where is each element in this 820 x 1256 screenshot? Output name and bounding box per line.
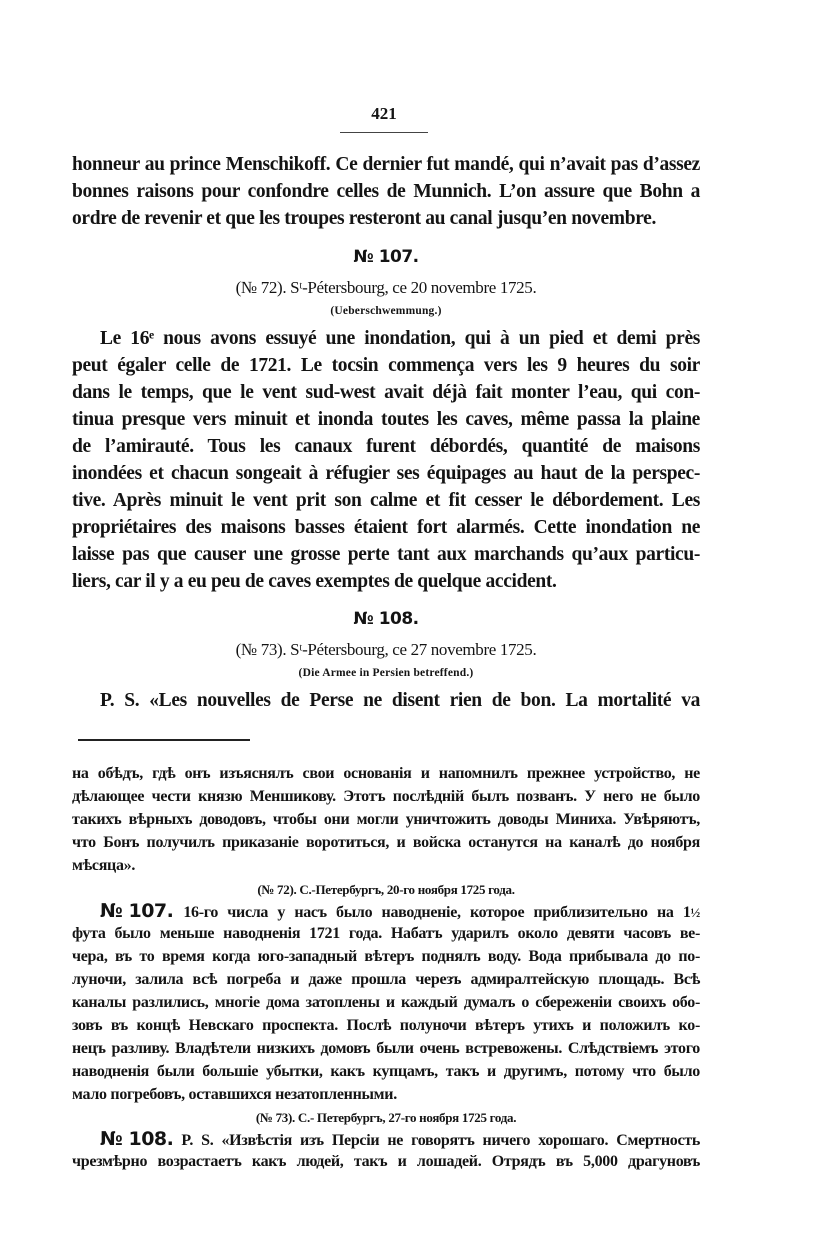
- footnote-line: луночи, залила всѣ погреба и даже прошла…: [72, 971, 700, 989]
- footnote-line: такихъ вѣрныхъ доводовъ, чтобы они могли…: [72, 811, 700, 829]
- footnote-line: № 108. P. S. «Извѣстія изъ Персіи не гов…: [72, 1128, 700, 1150]
- page-number-rule: [340, 132, 428, 133]
- footnote-separator: [78, 739, 250, 741]
- text-line: honneur au prince Menschikoff. Ce dernie…: [72, 154, 700, 176]
- dateline-107: (№ 72). Sᵗ-Pétersbourg, ce 20 novembre 1…: [72, 278, 700, 298]
- footnote-text: 16-го числа у насъ было наводненіе, кото…: [183, 904, 690, 922]
- subject-107: (Ueberschwemmung.): [72, 305, 700, 317]
- footnote-number-108: № 108.: [100, 1128, 173, 1150]
- document-heading-107: № 107.: [72, 247, 700, 267]
- footnote-number-107: № 107.: [100, 900, 173, 922]
- text-line: Le 16ᵉ nous avons essuyé une inondation,…: [72, 328, 700, 350]
- footnote-line: чера, въ то время когда юго-западный вѣт…: [72, 948, 700, 966]
- footnote-line: № 107. 16-го числа у насъ было наводнені…: [72, 900, 700, 922]
- page-number: 421: [340, 104, 428, 124]
- footnote-dateline-107: (№ 72). С.-Петербургъ, 20-го ноября 1725…: [72, 882, 700, 898]
- document-heading-108: № 108.: [72, 609, 700, 629]
- text-line: dans le temps, que le vent sud-west avai…: [72, 382, 700, 404]
- footnote-line: дѣлающее чести князю Меншикову. Этотъ по…: [72, 788, 700, 806]
- text-line: laisse pas que causer une grosse perte t…: [72, 544, 700, 566]
- subject-108: (Die Armee in Persien betreffend.): [72, 667, 700, 679]
- text-line: de l’amirauté. Tous les canaux furent dé…: [72, 436, 700, 458]
- book-page: 421 honneur au prince Menschikoff. Ce de…: [0, 0, 820, 1256]
- dateline-108: (№ 73). Sᵗ-Pétersbourg, ce 27 novembre 1…: [72, 640, 700, 660]
- text-line: tive. Après minuit le vent prit son calm…: [72, 490, 700, 512]
- text-line: propriétaires des maisons basses étaient…: [72, 517, 700, 539]
- text-line: liers, car il y a eu peu de caves exempt…: [72, 571, 700, 593]
- footnote-dateline-108: (№ 73). С.- Петербургъ, 27-го ноября 172…: [72, 1110, 700, 1126]
- footnote-line: чрезмѣрно возрастаетъ какъ людей, такъ и…: [72, 1153, 700, 1171]
- footnote-line: зовъ въ концѣ Невскаго проспекта. Послѣ …: [72, 1017, 700, 1035]
- text-line: P. S. «Les nouvelles de Perse ne disent …: [72, 690, 700, 712]
- text-line: inondées et chacun songeait à réfugier s…: [72, 463, 700, 485]
- footnote-line: на обѣдъ, гдѣ онъ изъяснялъ свои основан…: [72, 765, 700, 783]
- footnote-line: мѣсяца».: [72, 857, 700, 875]
- text-line: ordre de revenir et que les troupes rest…: [72, 208, 700, 230]
- fraction-half: ½: [691, 905, 700, 921]
- text-line: peut égaler celle de 1721. Le tocsin com…: [72, 355, 700, 377]
- footnote-line: фута было меньше наводненія 1721 года. Н…: [72, 925, 700, 943]
- footnote-line: каналы разлились, многіе дома затоплены …: [72, 994, 700, 1012]
- footnote-line: мало погребовъ, оставшихся незатопленным…: [72, 1086, 700, 1104]
- footnote-line: нецъ разливу. Владѣтели низкихъ домовъ б…: [72, 1040, 700, 1058]
- footnote-line: наводненія были большіе убытки, какъ куп…: [72, 1063, 700, 1081]
- text-line: bonnes raisons pour confondre celles de …: [72, 181, 700, 203]
- text-line: tinua presque vers minuit et inonda tout…: [72, 409, 700, 431]
- footnote-line: что Бонъ получилъ приказаніе воротиться,…: [72, 834, 700, 852]
- footnote-text: P. S. «Извѣстія изъ Персіи не говорятъ н…: [181, 1132, 700, 1150]
